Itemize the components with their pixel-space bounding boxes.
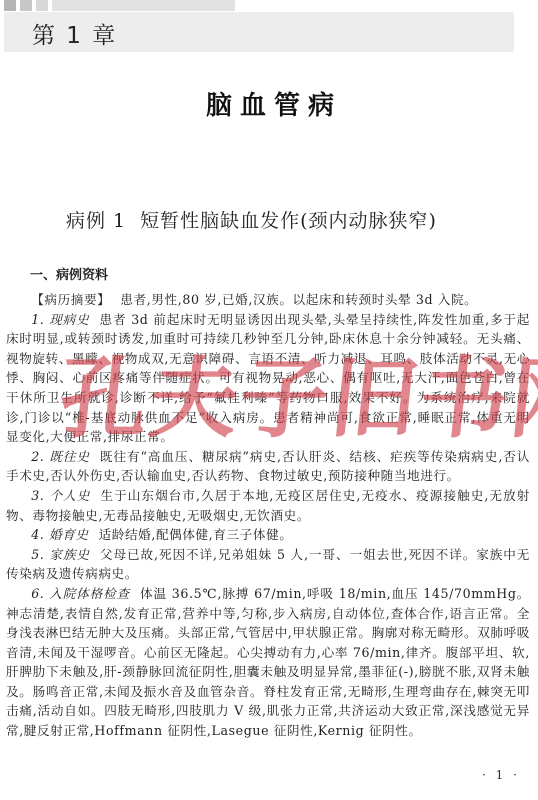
- header-square: [4, 0, 16, 11]
- case-body: 【病历摘要】患者,男性,80 岁,已婚,汉族。以起床和转颈时头晕 3d 入院。 …: [6, 290, 530, 741]
- summary-label: 【病历摘要】: [31, 292, 110, 307]
- case-title-text: 短暂性脑缺血发作(颈内动脉狭窄): [140, 210, 437, 232]
- chapter-label: 第 1 章: [32, 17, 116, 50]
- summary-text: 患者,男性,80 岁,已婚,汉族。以起床和转颈时头晕 3d 入院。: [120, 292, 477, 307]
- paragraph-text: 适龄结婚,配偶体健,育三子体健。: [99, 527, 293, 542]
- paragraph-label: 3. 个人史: [31, 488, 90, 503]
- paragraph-personal-history: 3. 个人史生于山东烟台市,久居于本地,无疫区居住史,无疫水、疫源接触史,无放射…: [6, 486, 530, 525]
- summary-paragraph: 【病历摘要】患者,男性,80 岁,已婚,汉族。以起床和转颈时头晕 3d 入院。: [6, 290, 530, 310]
- paragraph-family-history: 5. 家族史父母已故,死因不详,兄弟姐妹 5 人,一哥、一姐去世,死因不详。家族…: [6, 545, 530, 584]
- paragraph-label: 1. 现病史: [31, 312, 89, 327]
- paragraph-label: 4. 婚育史: [31, 527, 88, 542]
- header-square: [20, 0, 32, 11]
- case-number: 病例 1: [66, 210, 126, 232]
- header-decoration: [4, 0, 235, 11]
- paragraph-label: 2. 既往史: [31, 449, 90, 464]
- chapter-header-bar: 第 1 章: [4, 12, 514, 52]
- section-title: 脑血管病: [0, 85, 538, 122]
- header-square: [36, 0, 48, 11]
- paragraph-physical-exam: 6. 入院体格检查体温 36.5℃,脉搏 67/min,呼吸 18/min,血压…: [6, 584, 530, 741]
- paragraph-past-history: 2. 既往史既往有“高血压、糖尿病”病史,否认肝炎、结核、疟疾等传染病病史,否认…: [6, 447, 530, 486]
- case-title: 病例 1短暂性脑缺血发作(颈内动脉狭窄): [66, 206, 437, 233]
- paragraph-text: 体温 36.5℃,脉搏 67/min,呼吸 18/min,血压 145/70mm…: [6, 586, 530, 738]
- paragraph-text: 患者 3d 前起床时无明显诱因出现头晕,头晕呈持续性,阵发性加重,多于起床时明显…: [6, 312, 530, 445]
- paragraph-marital-history: 4. 婚育史适龄结婚,配偶体健,育三子体健。: [6, 525, 530, 545]
- paragraph-label: 6. 入院体格检查: [31, 586, 130, 601]
- sub-heading: 一、病例资料: [30, 264, 108, 283]
- paragraph-label: 5. 家族史: [31, 547, 90, 562]
- paragraph-present-illness: 1. 现病史患者 3d 前起床时无明显诱因出现头晕,头晕呈持续性,阵发性加重,多…: [6, 310, 530, 447]
- page-number: · 1 ·: [482, 768, 520, 782]
- header-stripe: [52, 0, 235, 11]
